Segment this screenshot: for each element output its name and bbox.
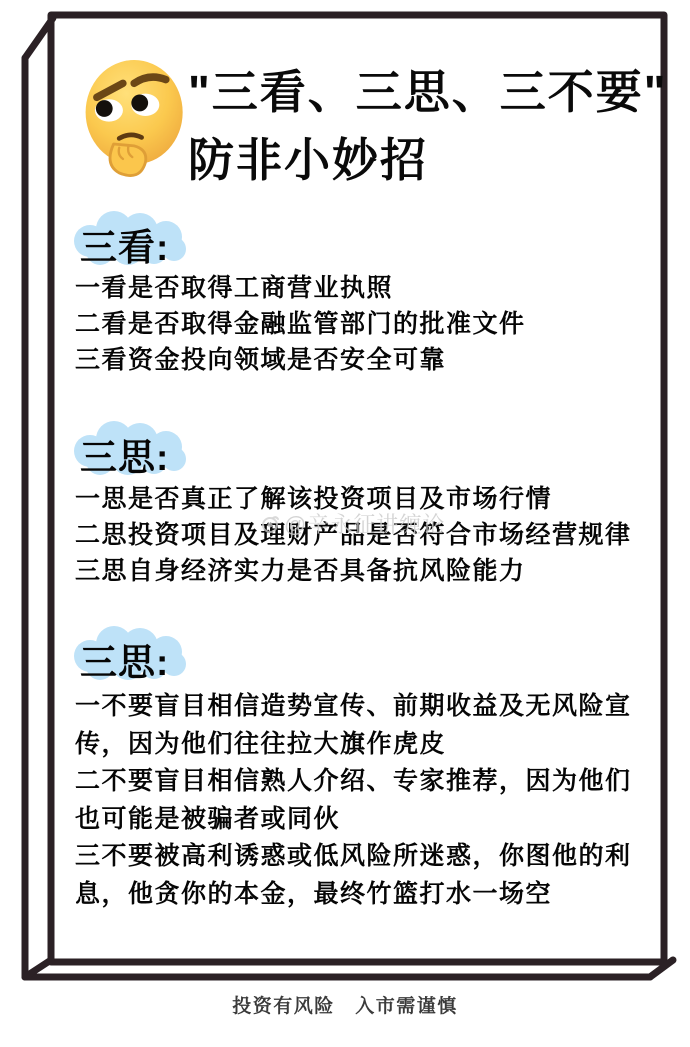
section-1-heading-text: 三看:	[80, 217, 169, 271]
thinking-emoji-icon	[80, 52, 192, 180]
title-line2: 防非小妙招	[188, 126, 658, 194]
list-item: 三看资金投向领域是否安全可靠	[75, 342, 653, 378]
watermark-logo-icon	[260, 514, 280, 534]
list-item: 三思自身经济实力是否具备抗风险能力	[75, 553, 653, 589]
section-1-heading: 三看:	[72, 211, 190, 267]
page-title: "三看、三思、三不要" 防非小妙招	[188, 58, 658, 194]
section-3-heading: 三思:	[72, 626, 190, 682]
section-1-items: 一看是否取得工商营业执照 二看是否取得金融监管部门的批准文件 三看资金投向领域是…	[75, 270, 653, 378]
section-2-heading-text: 三思:	[80, 427, 169, 481]
list-item: 一不要盲目相信造势宣传、前期收益及无风险宣传，因为他们往往拉大旗作虎皮	[75, 688, 653, 763]
list-item: 一看是否取得工商营业执照	[75, 270, 653, 306]
list-item: 二不要盲目相信熟人介绍、专家推荐，因为他们也可能是被骗者或同伙	[75, 763, 653, 838]
section-2-heading: 三思:	[72, 421, 190, 477]
list-item: 二看是否取得金融监管部门的批准文件	[75, 306, 653, 342]
list-item: 三不要被高利诱惑或低风险所迷惑，你图他的利息，他贪你的本金，最终竹篮打水一场空	[75, 838, 653, 913]
footer-disclaimer: 投资有风险 入市需谨慎	[0, 991, 690, 1018]
watermark: @辛永征讲缠论	[260, 508, 445, 539]
section-3-heading-text: 三思:	[80, 632, 169, 686]
title-line1: "三看、三思、三不要"	[188, 58, 658, 126]
section-3-items: 一不要盲目相信造势宣传、前期收益及无风险宣传，因为他们往往拉大旗作虎皮 二不要盲…	[75, 688, 653, 913]
watermark-text: @辛永征讲缠论	[284, 508, 445, 539]
